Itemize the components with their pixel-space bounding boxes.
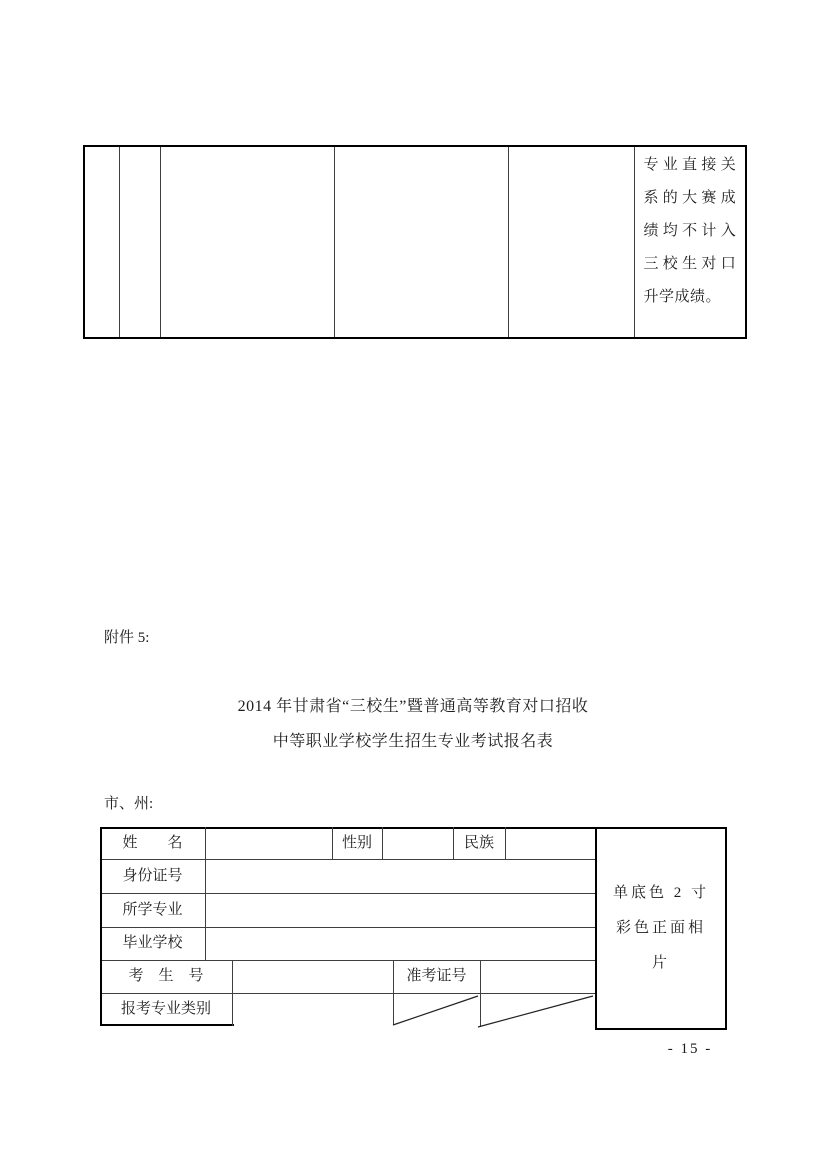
document-title-line1: 2014 年甘肃省“三校生”暨普通高等教育对口招收 xyxy=(0,696,826,718)
attachment-label: 附件 5: xyxy=(104,628,149,648)
photo-box: 单底色 2 寸 彩色正面相 片 xyxy=(595,827,727,1030)
gender-field-label: 性别 xyxy=(332,827,382,859)
document-title-line2: 中等职业学校学生招生专业考试报名表 xyxy=(0,731,826,753)
ethnicity-value-divider xyxy=(505,827,506,859)
table-cell-empty xyxy=(119,146,160,338)
ticket-value-divider xyxy=(480,960,481,1027)
candidate-number-field-label: 考 生 号 xyxy=(100,960,232,993)
photo-box-text: 单底色 2 寸 xyxy=(613,876,709,911)
table-row: 专业直接关 系的大赛成 绩均不计入 三校生对口 升学成绩。 xyxy=(84,146,746,338)
lower-label-column-divider xyxy=(232,960,233,1026)
label-column-divider xyxy=(205,827,206,960)
ethnicity-field-label: 民族 xyxy=(453,827,505,859)
note-line: 升学成绩。 xyxy=(644,281,737,314)
page-number: - 15 - xyxy=(640,1041,740,1058)
competition-note-cell: 专业直接关 系的大赛成 绩均不计入 三校生对口 升学成绩。 xyxy=(634,146,746,338)
table-cell-empty xyxy=(84,146,119,338)
document-page: 专业直接关 系的大赛成 绩均不计入 三校生对口 升学成绩。 附件 5: 2014… xyxy=(0,0,826,1169)
admission-ticket-field-label: 准考证号 xyxy=(393,960,480,993)
note-line: 系的大赛成 xyxy=(644,182,737,215)
table-cell-empty xyxy=(160,146,334,338)
name-field-label: 姓 名 xyxy=(100,827,205,859)
table-cell-empty xyxy=(334,146,508,338)
photo-box-text: 片 xyxy=(652,946,670,981)
photo-box-text: 彩色正面相 xyxy=(616,911,706,946)
note-line: 三校生对口 xyxy=(644,248,737,281)
gender-value-divider xyxy=(382,827,383,859)
table-cell-empty xyxy=(508,146,634,338)
id-number-field-label: 身份证号 xyxy=(100,859,205,893)
applied-major-category-field-label: 报考专业类别 xyxy=(100,993,232,1026)
note-line: 绩均不计入 xyxy=(644,215,737,248)
major-studied-field-label: 所学专业 xyxy=(100,893,205,927)
region-label: 市、州: xyxy=(104,794,153,814)
note-line: 专业直接关 xyxy=(644,149,737,182)
graduate-school-field-label: 毕业学校 xyxy=(100,927,205,960)
continuation-table: 专业直接关 系的大赛成 绩均不计入 三校生对口 升学成绩。 xyxy=(83,145,747,339)
registration-form-table: 姓 名 性别 民族 身份证号 所学专业 毕业学校 考 生 号 准考证号 报考专业… xyxy=(100,827,728,1033)
